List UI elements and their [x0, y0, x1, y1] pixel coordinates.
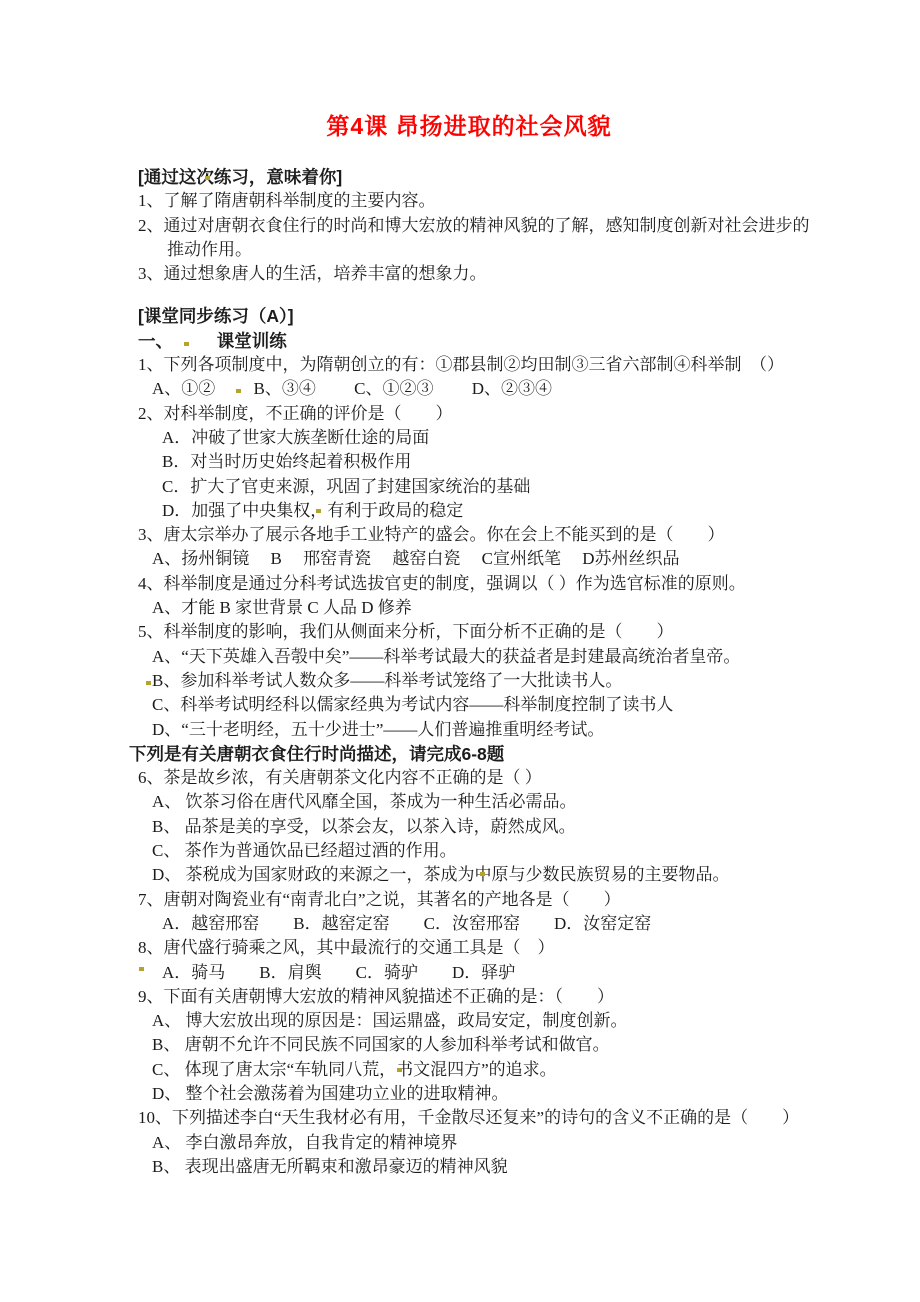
option-deep: C．扩大了官吏来源，巩固了封建国家统治的基础 [138, 475, 800, 499]
tips-header: 下列是有关唐朝衣食住行时尚描述，请完成6-8题 [129, 742, 800, 766]
scan-artifact-dot [236, 389, 241, 393]
option: B、 品茶是美的享受，以茶会友，以茶入诗，蔚然成风。 [138, 815, 800, 839]
bracket-header: [通过这次练习，意味着你] [138, 165, 800, 189]
question: 5、科举制度的影响，我们从侧面来分析，下面分析不正确的是（ ） [138, 620, 800, 644]
option-deep: A．骑马 B．肩舆 C．骑驴 D．驿驴 [138, 961, 800, 985]
option: B、 唐朝不允许不同民族不同国家的人参加科举考试和做官。 [138, 1033, 800, 1057]
option: D、 茶税成为国家财政的来源之一，茶成为中原与少数民族贸易的主要物品。 [138, 863, 800, 887]
scan-artifact-dot [146, 681, 151, 685]
option: A、才能 B 家世背景 C 人品 D 修养 [138, 596, 800, 620]
blank-line [138, 286, 800, 304]
question: 1、下列各项制度中，为隋朝创立的有：①郡县制②均田制③三省六部制④科举制 （） [138, 353, 800, 377]
option-deep: D．加强了中央集权，有利于政局的稳定 [138, 499, 800, 523]
question: 4、科举制度是通过分科考试选拔官吏的制度，强调以（ ）作为选官标准的原则。 [138, 572, 800, 596]
option-deep: B．对当时历史始终起着积极作用 [138, 450, 800, 474]
question: 3、唐太宗举办了展示各地手工业特产的盛会。你在会上不能买到的是（ ） [138, 523, 800, 547]
option: C、科举考试明经科以儒家经典为考试内容——科举制度控制了读书人 [138, 693, 800, 717]
option: A、 博大宏放出现的原因是：国运鼎盛，政局安定，制度创新。 [138, 1009, 800, 1033]
scan-artifact-dot [316, 509, 321, 513]
question: 2、对科举制度，不正确的评价是（ ） [138, 402, 800, 426]
section-title: 一、 课堂训练 [138, 329, 800, 353]
continuation: 推动作用。 [138, 238, 800, 262]
scan-artifact-dot [205, 176, 210, 180]
option: D、“三十老明经，五十少进士”——人们普遍推重明经考试。 [138, 718, 800, 742]
option: D、 整个社会激荡着为国建功立业的进取精神。 [138, 1082, 800, 1106]
option: C、 体现了唐太宗“车轨同八荒，书文混四方”的追求。 [138, 1058, 800, 1082]
objective: 2、通过对唐朝衣食住行的时尚和博大宏放的精神风貌的了解，感知制度创新对社会进步的 [138, 214, 800, 238]
objective: 1、了解了隋唐朝科举制度的主要内容。 [138, 189, 800, 213]
scan-artifact-dot [139, 967, 144, 971]
question: 6、茶是故乡浓，有关唐朝茶文化内容不正确的是（ ） [138, 766, 800, 790]
worksheet-page: 第4课 昂扬进取的社会风貌 [通过这次练习，意味着你]1、了解了隋唐朝科举制度的… [0, 0, 920, 1302]
scan-artifact-dot [397, 1068, 402, 1072]
option: B、参加科举考试人数众多——科举考试笼络了一大批读书人。 [138, 669, 800, 693]
page-title: 第4课 昂扬进取的社会风貌 [138, 112, 800, 140]
scan-artifact-dot [480, 872, 485, 876]
question: 7、唐朝对陶瓷业有“南青北白”之说，其著名的产地各是（ ） [138, 888, 800, 912]
option: B、 表现出盛唐无所羁束和激昂豪迈的精神风貌 [138, 1155, 800, 1179]
option-deep: A．冲破了世家大族垄断仕途的局面 [138, 426, 800, 450]
option: A、 李白激昂奔放，自我肯定的精神境界 [138, 1131, 800, 1155]
bracket-header: [课堂同步练习（A）] [138, 304, 800, 328]
objective: 3、通过想象唐人的生活，培养丰富的想象力。 [138, 262, 800, 286]
option: A、 饮茶习俗在唐代风靡全国，茶成为一种生活必需品。 [138, 790, 800, 814]
question: 10、下列描述李白“天生我材必有用，千金散尽还复来”的诗句的含义不正确的是（ ） [138, 1106, 800, 1130]
question: 9、下面有关唐朝博大宏放的精神风貌描述不正确的是：（ ） [138, 985, 800, 1009]
document-body: [通过这次练习，意味着你]1、了解了隋唐朝科举制度的主要内容。2、通过对唐朝衣食… [138, 165, 800, 1179]
scan-artifact-dot [184, 342, 189, 346]
option: A、扬州铜镜 B 邢窑青瓷 越窑白瓷 C宣州纸笔 D苏州丝织品 [138, 547, 800, 571]
option: A、“天下英雄入吾彀中矣”——科举考试最大的获益者是封建最高统治者皇帝。 [138, 645, 800, 669]
question: 8、唐代盛行骑乘之风，其中最流行的交通工具是（ ） [138, 936, 800, 960]
option: C、 茶作为普通饮品已经超过酒的作用。 [138, 839, 800, 863]
option-deep: A．越窑邢窑 B．越窑定窑 C．汝窑邢窑 D．汝窑定窑 [138, 912, 800, 936]
